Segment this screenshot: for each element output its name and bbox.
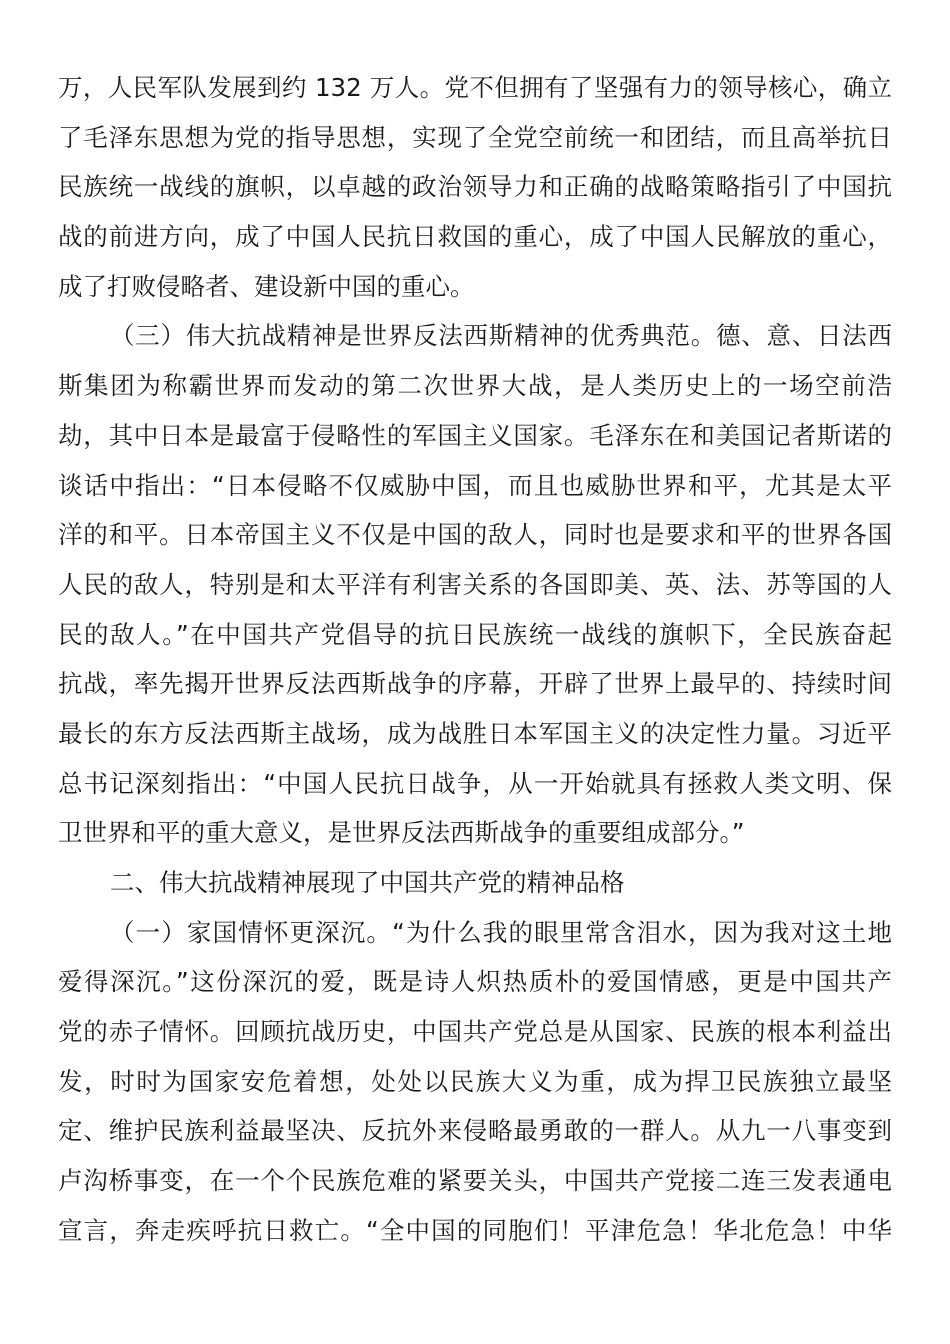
- paragraph-patriotism: （一）家国情怀更深沉。“为什么我的眼里常含泪水，因为我对这土地 爱得深沉。”这份…: [58, 908, 892, 1256]
- subsection-title-line: （一）家国情怀更深沉。“为什么我的眼里常含泪水，因为我对这土地: [58, 908, 892, 958]
- paragraph-party-growth: 万，人民军队发展到约 132 万人。党不但拥有了坚强有力的领导核心，确立 了毛泽…: [58, 63, 892, 311]
- text-line: 人民的敌人，特别是和太平洋有利害关系的各国即美、英、法、苏等国的人: [58, 560, 892, 610]
- text-line: 卢沟桥事变，在一个个民族危难的紧要关头，中国共产党接二连三发表通电: [58, 1156, 892, 1206]
- text-line: 斯集团为称霸世界而发动的第二次世界大战，是人类历史上的一场空前浩: [58, 361, 892, 411]
- text-line: 抗战，率先揭开世界反法西斯战争的序幕，开辟了世界上最早的、持续时间: [58, 659, 892, 709]
- text-line: 宣言，奔走疾呼抗日救亡。“全中国的同胞们！平津危急！华北危急！中华: [58, 1206, 892, 1256]
- text-line: 党的赤子情怀。回顾抗战历史，中国共产党总是从国家、民族的根本利益出: [58, 1007, 892, 1057]
- text-line: 卫世界和平的重大意义，是世界反法西斯战争的重要组成部分。”: [58, 808, 892, 858]
- text-line: 定、维护民族利益最坚决、反抗外来侵略最勇敢的一群人。从九一八事变到: [58, 1106, 892, 1156]
- text-line: 总书记深刻指出：“中国人民抗日战争，从一开始就具有拯救人类文明、保: [58, 759, 892, 809]
- text-line: 发，时时为国家安危着想，处处以民族大义为重，成为捍卫民族独立最坚: [58, 1057, 892, 1107]
- subsection-title-line: （三）伟大抗战精神是世界反法西斯精神的优秀典范。德、意、日法西: [58, 311, 892, 361]
- section-heading: 二、伟大抗战精神展现了中国共产党的精神品格: [58, 858, 892, 908]
- text-line: 民的敌人。”在中国共产党倡导的抗日民族统一战线的旗帜下，全民族奋起: [58, 610, 892, 660]
- text-line: 了毛泽东思想为党的指导思想，实现了全党空前统一和团结，而且高举抗日: [58, 113, 892, 163]
- paragraph-antifascist-model: （三）伟大抗战精神是世界反法西斯精神的优秀典范。德、意、日法西 斯集团为称霸世界…: [58, 311, 892, 858]
- text-line: 民族统一战线的旗帜，以卓越的政治领导力和正确的战略策略指引了中国抗: [58, 162, 892, 212]
- text-line: 劫，其中日本是最富于侵略性的军国主义国家。毛泽东在和美国记者斯诺的: [58, 411, 892, 461]
- section-heading-text: 二、伟大抗战精神展现了中国共产党的精神品格: [58, 858, 892, 908]
- text-line: 成了打败侵略者、建设新中国的重心。: [58, 262, 892, 312]
- text-line: 洋的和平。日本帝国主义不仅是中国的敌人，同时也是要求和平的世界各国: [58, 510, 892, 560]
- document-page: 万，人民军队发展到约 132 万人。党不但拥有了坚强有力的领导核心，确立 了毛泽…: [58, 63, 892, 1256]
- text-line: 爱得深沉。”这份深沉的爱，既是诗人炽热质朴的爱国情感，更是中国共产: [58, 957, 892, 1007]
- text-line: 谈话中指出：“日本侵略不仅威胁中国，而且也威胁世界和平，尤其是太平: [58, 461, 892, 511]
- text-line: 万，人民军队发展到约 132 万人。党不但拥有了坚强有力的领导核心，确立: [58, 63, 892, 113]
- text-line: 最长的东方反法西斯主战场，成为战胜日本军国主义的决定性力量。习近平: [58, 709, 892, 759]
- text-line: 战的前进方向，成了中国人民抗日救国的重心，成了中国人民解放的重心，: [58, 212, 892, 262]
